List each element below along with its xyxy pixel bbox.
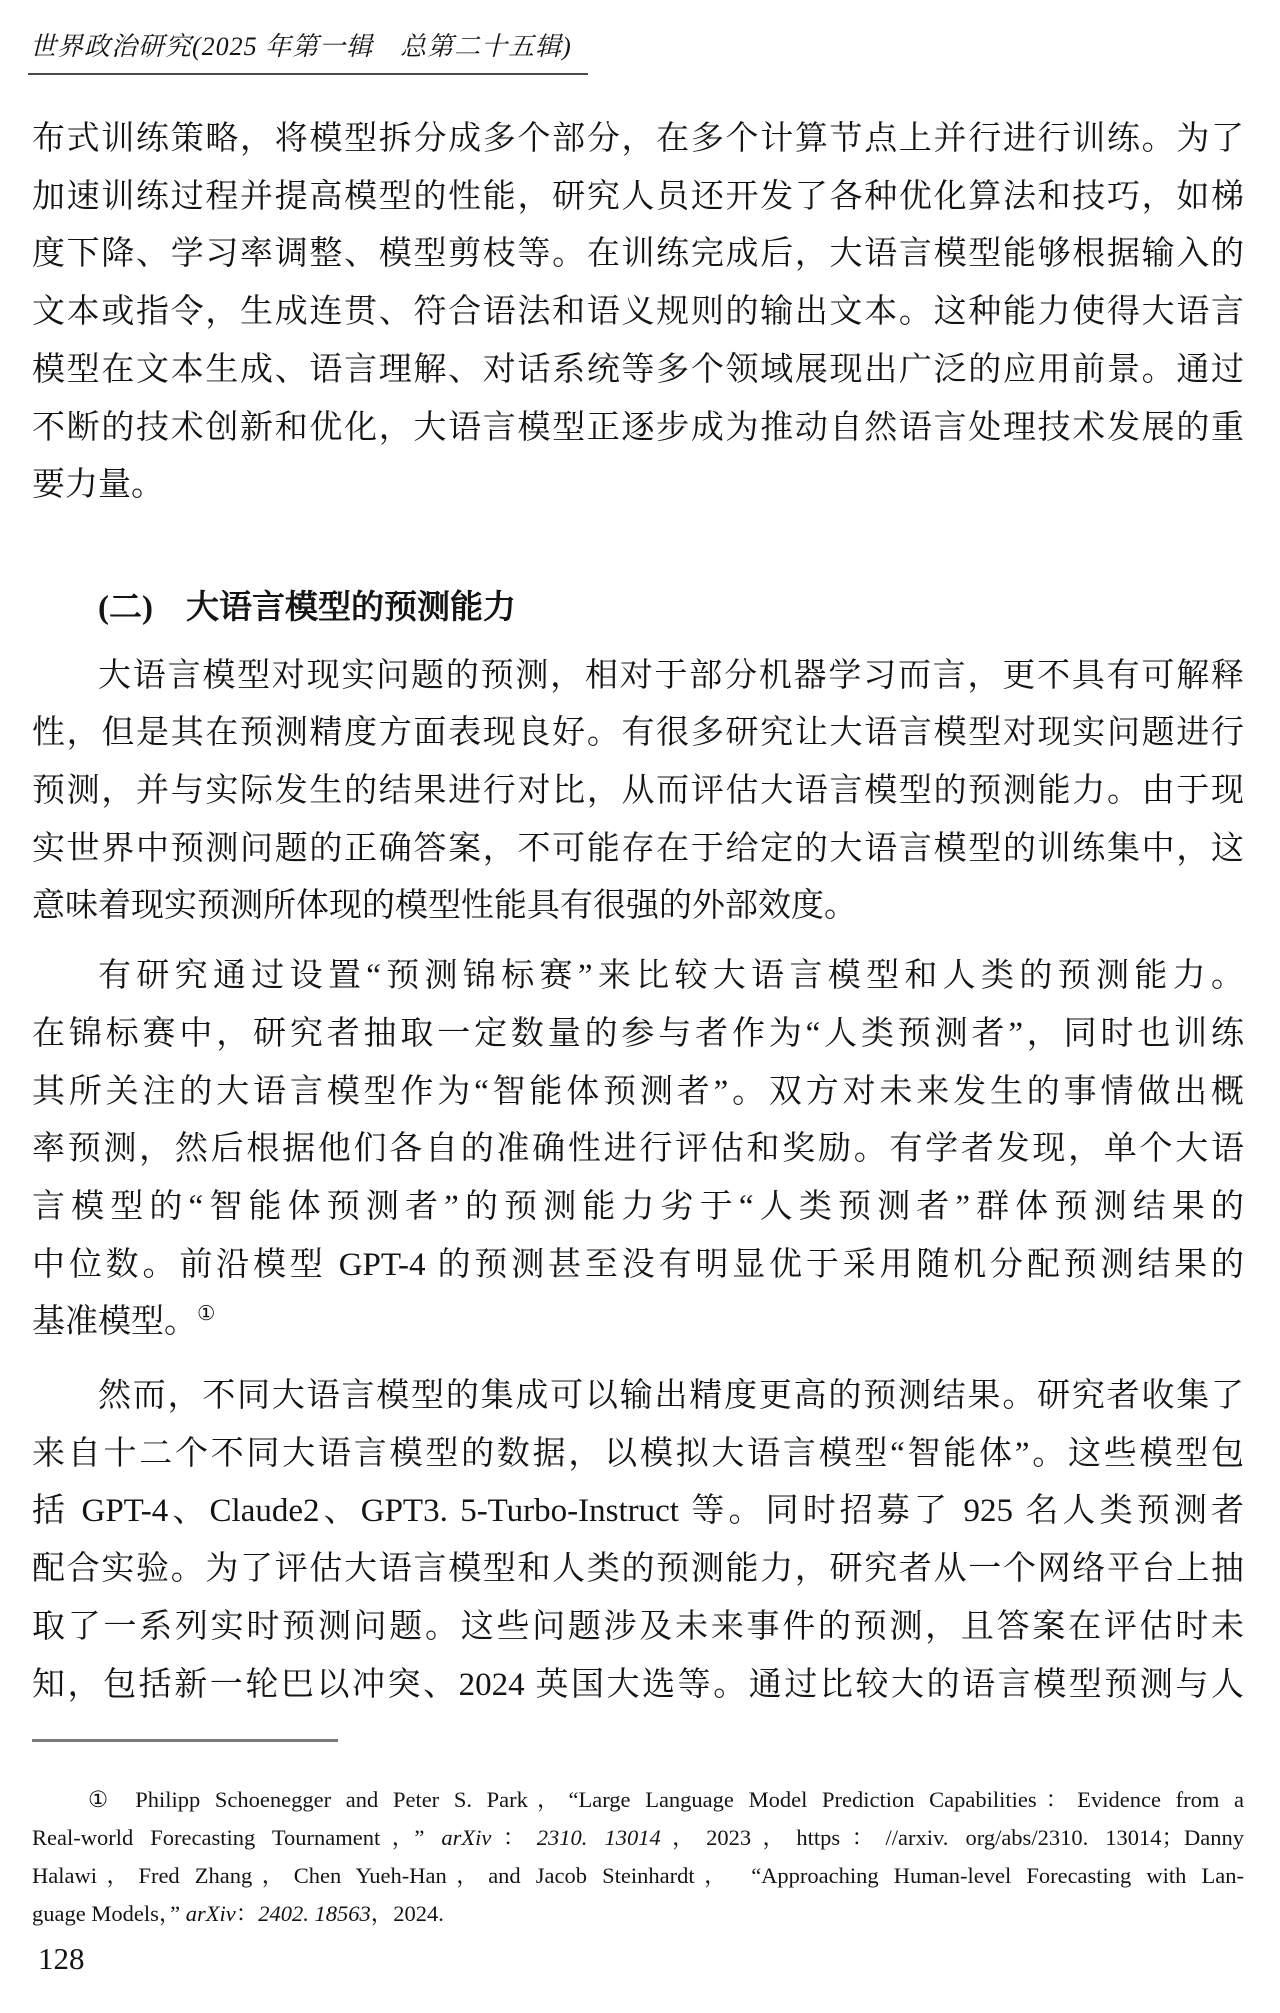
text-line: 预测，并与实际发生的结果进行对比，从而评估大语言模型的预测能力。由于现: [32, 763, 1244, 821]
page-number: 128: [38, 1941, 85, 1977]
text-segment: Real-world Forecasting Tournament，”: [32, 1825, 441, 1850]
text-line: 文本或指令，生成连贯、符合语法和语义规则的输出文本。这种能力使得大语言: [32, 284, 1244, 342]
text-line: 其所关注的大语言模型作为“智能体预测者”。双方对未来发生的事情做出概: [32, 1064, 1244, 1122]
footnote-marker: ①: [88, 1787, 117, 1812]
paragraph-model-ensemble: 然而，不同大语言模型的集成可以输出精度更高的预测结果。研究者收集了来自十二个不同…: [32, 1368, 1244, 1714]
document-page: 世界政治研究(2025 年第一辑 总第二十五辑) 布式训练策略，将模型拆分成多个…: [0, 0, 1280, 2013]
running-header: 世界政治研究(2025 年第一辑 总第二十五辑): [28, 26, 588, 75]
text-segment: Philipp Schoenegger and Peter S. Park，“L…: [135, 1787, 1244, 1812]
text-line: Halawi，Fred Zhang，Chen Yueh-Han，and Jaco…: [32, 1857, 1244, 1895]
text-line: 实世界中预测问题的正确答案，不可能存在于给定的大语言模型的训练集中，这: [32, 821, 1244, 879]
footnote-separator-rule: [32, 1739, 338, 1742]
text-line: 括 GPT-4、Claude2、GPT3. 5-Turbo-Instruct 等…: [32, 1483, 1244, 1541]
italic-text: arXiv: [441, 1825, 491, 1850]
text-line: 配合实验。为了评估大语言模型和人类的预测能力，研究者从一个网络平台上抽: [32, 1541, 1244, 1599]
text-line: 来自十二个不同大语言模型的数据，以模拟大语言模型“智能体”。这些模型包: [32, 1426, 1244, 1484]
text-line: 性，但是其在预测精度方面表现良好。有很多研究让大语言模型对现实问题进行: [32, 705, 1244, 763]
text-line: 布式训练策略，将模型拆分成多个部分，在多个计算节点上并行进行训练。为了: [32, 111, 1244, 169]
text-line: 模型在文本生成、语言理解、对话系统等多个领域展现出广泛的应用前景。通过: [32, 342, 1244, 400]
text-line: 度下降、学习率调整、模型剪枝等。在训练完成后，大语言模型能够根据输入的: [32, 226, 1244, 284]
text-segment: guage Models，”: [32, 1901, 186, 1926]
text-line: 加速训练过程并提高模型的性能，研究人员还开发了各种优化算法和技巧，如梯: [32, 169, 1244, 227]
text-segment: ：: [236, 1901, 259, 1926]
text-line: 要力量。: [32, 457, 1244, 515]
text-line: Real-world Forecasting Tournament，” arXi…: [32, 1819, 1244, 1857]
text-segment: ：: [491, 1825, 536, 1850]
paragraph-forecasting-tournament: 有研究通过设置“预测锦标赛”来比较大语言模型和人类的预测能力。在锦标赛中，研究者…: [32, 948, 1244, 1352]
text-line: 基准模型。①: [32, 1294, 1244, 1352]
paragraph-last-line-text: 基准模型。: [32, 1304, 197, 1340]
paragraph-lines: 有研究通过设置“预测锦标赛”来比较大语言模型和人类的预测能力。在锦标赛中，研究者…: [32, 948, 1244, 1294]
text-segment: ，2024.: [371, 1901, 444, 1926]
footnote-1: ①Philipp Schoenegger and Peter S. Park，“…: [32, 1781, 1244, 1933]
italic-text: arXiv: [186, 1901, 236, 1926]
text-line: 然而，不同大语言模型的集成可以输出精度更高的预测结果。研究者收集了: [32, 1368, 1244, 1426]
text-line: 在锦标赛中，研究者抽取一定数量的参与者作为“人类预测者”，同时也训练: [32, 1006, 1244, 1064]
text-line: 意味着现实预测所体现的模型性能具有很强的外部效度。: [32, 878, 1244, 936]
text-line: 中位数。前沿模型 GPT-4 的预测甚至没有明显优于采用随机分配预测结果的: [32, 1237, 1244, 1295]
text-line: 不断的技术创新和优化，大语言模型正逐步成为推动自然语言处理技术发展的重: [32, 400, 1244, 458]
text-line: ①Philipp Schoenegger and Peter S. Park，“…: [32, 1781, 1244, 1819]
body-text: 布式训练策略，将模型拆分成多个部分，在多个计算节点上并行进行训练。为了加速训练过…: [32, 111, 1244, 1714]
text-line: 大语言模型对现实问题的预测，相对于部分机器学习而言，更不具有可解释: [32, 648, 1244, 706]
text-segment: Halawi，Fred Zhang，Chen Yueh-Han，and Jaco…: [32, 1863, 1244, 1888]
text-line: 言模型的“智能体预测者”的预测能力劣于“人类预测者”群体预测结果的: [32, 1179, 1244, 1237]
text-line: guage Models，” arXiv：2402. 18563，2024.: [32, 1895, 1244, 1933]
text-line: 率预测，然后根据他们各自的准确性进行评估和奖励。有学者发现，单个大语: [32, 1121, 1244, 1179]
text-segment: ，2023，https：//arxiv. org/abs/2310. 13014…: [661, 1825, 1244, 1850]
paragraph-training-continued: 布式训练策略，将模型拆分成多个部分，在多个计算节点上并行进行训练。为了加速训练过…: [32, 111, 1244, 515]
italic-text: 2310. 13014: [537, 1825, 661, 1850]
text-line: 知，包括新一轮巴以冲突、2024 英国大选等。通过比较大的语言模型预测与人: [32, 1657, 1244, 1715]
footnote-reference-1: ①: [197, 1303, 215, 1325]
text-line: 有研究通过设置“预测锦标赛”来比较大语言模型和人类的预测能力。: [32, 948, 1244, 1006]
section-heading: (二) 大语言模型的预测能力: [32, 580, 1244, 638]
paragraph-prediction-capability: 大语言模型对现实问题的预测，相对于部分机器学习而言，更不具有可解释性，但是其在预…: [32, 648, 1244, 937]
italic-text: 2402. 18563: [258, 1901, 371, 1926]
text-line: 取了一系列实时预测问题。这些问题涉及未来事件的预测，且答案在评估时未: [32, 1599, 1244, 1657]
